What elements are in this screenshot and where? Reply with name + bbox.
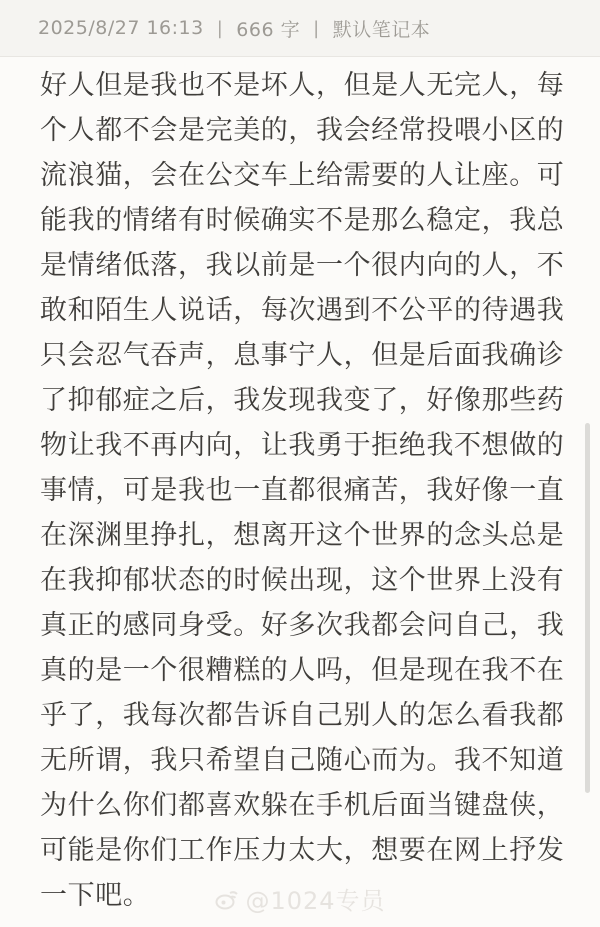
note-editor[interactable]: 好人但是我也不是坏人，但是人无完人，每 个人都不会是完美的，我会经常投喂小区的 …: [40, 63, 580, 918]
note-text-line: 可能是你们工作压力太大，想要在网上抒发: [40, 828, 580, 873]
note-text-line: 好人但是我也不是坏人，但是人无完人，每: [40, 63, 580, 108]
note-text-line: 个人都不会是完美的，我会经常投喂小区的: [40, 108, 580, 153]
weibo-icon: [214, 887, 240, 911]
note-text-line: 物让我不再内向，让我勇于拒绝我不想做的: [40, 423, 580, 468]
note-text-line: 能我的情绪有时候确实不是那么稳定，我总: [40, 198, 580, 243]
note-text-line: 在我抑郁状态的时候出现，这个世界上没有: [40, 558, 580, 603]
note-text-line: 流浪猫，会在公交车上给需要的人让座。可: [40, 153, 580, 198]
notebook-selector[interactable]: 默认笔记本: [333, 15, 431, 42]
note-text-line: 为什么你们都喜欢躲在手机后面当键盘侠，: [40, 783, 580, 828]
note-text-line: 事情，可是我也一直都很痛苦，我好像一直: [40, 468, 580, 513]
note-text-line: 乎了，我每次都告诉自己别人的怎么看我都: [40, 693, 580, 738]
note-word-count: 666 字: [236, 15, 300, 42]
notes-app-screen: 2025/8/27 16:13 | 666 字 | 默认笔记本 好人但是我也不是…: [0, 0, 600, 927]
note-text-line: 敢和陌生人说话，每次遇到不公平的待遇我: [40, 288, 580, 333]
watermark: @1024专员: [0, 881, 600, 916]
note-datetime: 2025/8/27 16:13: [38, 17, 204, 39]
note-text-line: 是情绪低落，我以前是一个很内向的人，不: [40, 243, 580, 288]
meta-separator: |: [217, 18, 224, 39]
note-text-line: 只会忍气吞声，息事宁人，但是后面我确诊: [40, 333, 580, 378]
note-text-line: 了抑郁症之后，我发现我变了，好像那些药: [40, 378, 580, 423]
note-meta-bar: 2025/8/27 16:13 | 666 字 | 默认笔记本: [0, 0, 600, 57]
note-text-line: 真正的感同身受。好多次我都会问自己，我: [40, 603, 580, 648]
note-text-line: 在深渊里挣扎，想离开这个世界的念头总是: [40, 513, 580, 558]
scrollbar-thumb[interactable]: [585, 423, 590, 793]
meta-separator: |: [313, 18, 320, 39]
note-text-line: 无所谓，我只希望自己随心而为。我不知道: [40, 738, 580, 783]
note-text-line: 真的是一个很糟糕的人吗，但是现在我不在: [40, 648, 580, 693]
watermark-text: @1024专员: [245, 881, 385, 916]
